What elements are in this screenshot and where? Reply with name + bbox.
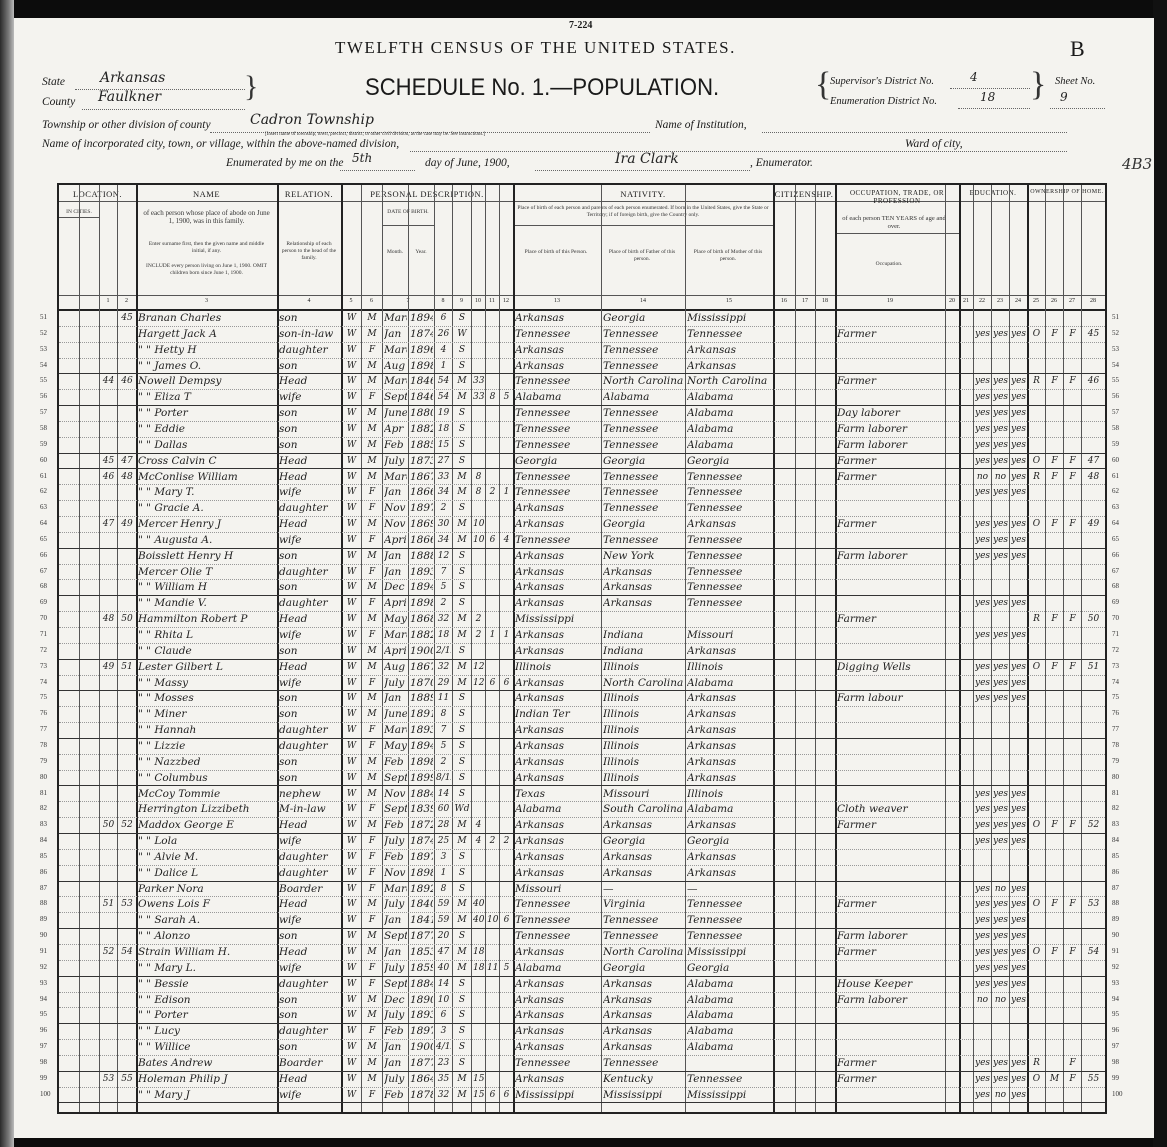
cell-living: 2 bbox=[501, 834, 512, 849]
cell-marital: S bbox=[454, 1024, 470, 1039]
cell-marital: S bbox=[454, 691, 470, 706]
sheet-line bbox=[1050, 108, 1105, 109]
brace-district-left: { bbox=[815, 70, 831, 100]
cell-month: June bbox=[384, 707, 407, 722]
cell-rel: Head bbox=[279, 374, 340, 389]
cell-month: Sept bbox=[384, 390, 407, 405]
cell-fam: 46 bbox=[119, 374, 135, 389]
cell-yrs: 15 bbox=[473, 1088, 484, 1103]
line-number: 68 bbox=[1112, 582, 1119, 590]
cell-eng: yes bbox=[1011, 897, 1026, 912]
cell-pobm: Alabama bbox=[687, 406, 772, 421]
line-number: 63 bbox=[40, 503, 47, 511]
cell-color: W bbox=[343, 343, 360, 358]
cell-sex: F bbox=[363, 913, 381, 928]
cell-own: O bbox=[1029, 327, 1044, 342]
cell-pobm: Arkansas bbox=[687, 691, 772, 706]
cell-rel: daughter bbox=[279, 977, 340, 992]
cell-name: Branan Charles bbox=[138, 311, 276, 326]
institution-line bbox=[762, 132, 1067, 133]
column-number: 24 bbox=[1009, 298, 1027, 304]
cell-name: " " Dallas bbox=[138, 438, 276, 453]
township-label: Township or other division of county bbox=[42, 119, 211, 131]
cell-rel: son-in-law bbox=[279, 327, 340, 342]
cell-pobm: Alabama bbox=[687, 438, 772, 453]
cell-dwell: 47 bbox=[101, 517, 116, 532]
cell-pobf: Indiana bbox=[603, 628, 684, 643]
cell-sched: 50 bbox=[1083, 612, 1104, 627]
table-row: Bates AndrewBoarderWMJan187723STennessee… bbox=[59, 1056, 1105, 1072]
cell-age: 18 bbox=[436, 422, 451, 437]
cell-eng: yes bbox=[1011, 327, 1026, 342]
cell-sex: M bbox=[363, 644, 381, 659]
column-number: 17 bbox=[795, 298, 815, 304]
cell-occ: Farmer bbox=[837, 612, 944, 627]
cell-month: Nov bbox=[384, 866, 407, 881]
pob-father-label: Place of birth of Father of this person. bbox=[603, 249, 681, 263]
line-number: 71 bbox=[40, 630, 47, 638]
cell-name: " " Lucy bbox=[138, 1024, 276, 1039]
line-number: 85 bbox=[40, 852, 47, 860]
cell-name: " " Porter bbox=[138, 1008, 276, 1023]
occupation-description: of each person TEN YEARS of age and over… bbox=[839, 215, 949, 231]
cell-pobm: Arkansas bbox=[687, 707, 772, 722]
cell-name: Parker Nora bbox=[138, 882, 276, 897]
column-number: 15 bbox=[685, 298, 773, 304]
cell-mother: 2 bbox=[487, 834, 498, 849]
cell-year: 1864 bbox=[410, 1072, 433, 1087]
cell-rel: daughter bbox=[279, 596, 340, 611]
line-number: 89 bbox=[40, 915, 47, 923]
line-number: 96 bbox=[40, 1026, 47, 1034]
cell-pob: Tennessee bbox=[515, 913, 600, 928]
cell-farm: F bbox=[1065, 897, 1080, 912]
cell-occ: Cloth weaver bbox=[837, 802, 944, 817]
cell-name: " " Mary J bbox=[138, 1088, 276, 1103]
cell-name: " " Alonzo bbox=[138, 929, 276, 944]
cell-write: yes bbox=[993, 977, 1008, 992]
cell-sex: F bbox=[363, 501, 381, 516]
cell-age: 32 bbox=[436, 1088, 451, 1103]
column-number: 13 bbox=[513, 298, 601, 304]
line-number: 94 bbox=[40, 995, 47, 1003]
column-number: 10 bbox=[471, 298, 485, 304]
cell-occ: Farmer bbox=[837, 1056, 944, 1071]
cell-year: 1868 bbox=[410, 612, 433, 627]
cell-year: 1885 bbox=[410, 438, 433, 453]
line-number: 93 bbox=[40, 979, 47, 987]
cell-pob: Arkansas bbox=[515, 834, 600, 849]
cell-yrs: 12 bbox=[473, 676, 484, 691]
column-number: 18 bbox=[815, 298, 835, 304]
cell-month: Jan bbox=[384, 1056, 407, 1071]
cell-rel: wife bbox=[279, 628, 340, 643]
column-number: 20 bbox=[945, 298, 959, 304]
cell-rel: Head bbox=[279, 470, 340, 485]
cell-marital: M bbox=[454, 834, 470, 849]
table-row: " " William HsonWMDec18945SArkansasArkan… bbox=[59, 580, 1105, 596]
cell-year: 1873 bbox=[410, 454, 433, 469]
cell-rel: son bbox=[279, 311, 340, 326]
cell-age: 34 bbox=[436, 533, 451, 548]
cell-fam: 50 bbox=[119, 612, 135, 627]
cell-sched: 53 bbox=[1083, 897, 1104, 912]
cell-year: 1891 bbox=[410, 707, 433, 722]
relation-description: Relationship of each person to the head … bbox=[281, 241, 337, 262]
cell-free: F bbox=[1047, 374, 1062, 389]
table-row: " " NazzbedsonWMFeb18982SArkansasIllinoi… bbox=[59, 755, 1105, 771]
cell-age: 14 bbox=[436, 977, 451, 992]
line-number: 87 bbox=[1112, 884, 1119, 892]
cell-age: 54 bbox=[436, 374, 451, 389]
table-row: " " Dalice LdaughterWFNov18981SArkansasA… bbox=[59, 866, 1105, 882]
cell-name: " " Bessie bbox=[138, 977, 276, 992]
column-number: 11 bbox=[485, 298, 499, 304]
cell-name: Cross Calvin C bbox=[138, 454, 276, 469]
cell-rel: wife bbox=[279, 913, 340, 928]
cell-read: yes bbox=[975, 374, 990, 389]
cell-pob: Arkansas bbox=[515, 311, 600, 326]
cell-dwell: 53 bbox=[101, 1072, 116, 1087]
table-row: " " Mandie V.daughterWFApril18982SArkans… bbox=[59, 596, 1105, 612]
cell-pobm: Tennessee bbox=[687, 897, 772, 912]
cell-year: 1853 bbox=[410, 945, 433, 960]
cell-eng: yes bbox=[1011, 818, 1026, 833]
cell-sex: F bbox=[363, 802, 381, 817]
cell-marital: S bbox=[454, 343, 470, 358]
line-number: 63 bbox=[1112, 503, 1119, 511]
cell-dwell: 52 bbox=[101, 945, 116, 960]
cell-age: 40 bbox=[436, 961, 451, 976]
cell-pobf: Arkansas bbox=[603, 565, 684, 580]
cell-color: W bbox=[343, 470, 360, 485]
cell-color: W bbox=[343, 422, 360, 437]
cell-age: 32 bbox=[436, 660, 451, 675]
cell-free: F bbox=[1047, 612, 1062, 627]
cell-age: 30 bbox=[436, 517, 451, 532]
cell-color: W bbox=[343, 1072, 360, 1087]
occupation-label: Occupation. bbox=[839, 261, 939, 268]
cell-own: O bbox=[1029, 454, 1044, 469]
cell-read: yes bbox=[975, 628, 990, 643]
line-number: 58 bbox=[1112, 424, 1119, 432]
cell-sex: M bbox=[363, 612, 381, 627]
cell-name: " " William H bbox=[138, 580, 276, 595]
cell-pobf: Illinois bbox=[603, 755, 684, 770]
cell-marital: S bbox=[454, 739, 470, 754]
cell-age: 29 bbox=[436, 676, 451, 691]
cell-pobf: Illinois bbox=[603, 660, 684, 675]
cell-marital: S bbox=[454, 596, 470, 611]
cell-write: no bbox=[993, 882, 1008, 897]
cell-pob: Georgia bbox=[515, 454, 600, 469]
cell-name: " " Rhita L bbox=[138, 628, 276, 643]
cell-eng: yes bbox=[1011, 628, 1026, 643]
cell-rel: wife bbox=[279, 1088, 340, 1103]
sheet-label: Sheet No. bbox=[1055, 76, 1095, 87]
table-row: 4951Lester Gilbert LHeadWMAug186732M12Il… bbox=[59, 660, 1105, 676]
cell-rel: daughter bbox=[279, 343, 340, 358]
cell-pobm: Tennessee bbox=[687, 565, 772, 580]
cell-sex: F bbox=[363, 1088, 381, 1103]
cell-age: 28 bbox=[436, 818, 451, 833]
cell-month: Sept bbox=[384, 977, 407, 992]
cell-pobm: Arkansas bbox=[687, 723, 772, 738]
cell-month: Jan bbox=[384, 691, 407, 706]
line-number: 69 bbox=[40, 598, 47, 606]
cell-rel: Head bbox=[279, 517, 340, 532]
cell-year: 1866 bbox=[410, 533, 433, 548]
cell-dwell: 50 bbox=[101, 818, 116, 833]
cell-living: 1 bbox=[501, 485, 512, 500]
column-number: 14 bbox=[601, 298, 685, 304]
cell-pobm: Georgia bbox=[687, 454, 772, 469]
line-number: 97 bbox=[1112, 1042, 1119, 1050]
cell-age: 5 bbox=[436, 739, 451, 754]
cell-marital: S bbox=[454, 707, 470, 722]
cell-name: " " Eddie bbox=[138, 422, 276, 437]
enumerated-suffix: day of June, 1900, bbox=[425, 157, 510, 169]
column-number: 28 bbox=[1081, 298, 1105, 304]
cell-sex: F bbox=[363, 343, 381, 358]
cell-eng: yes bbox=[1011, 691, 1026, 706]
cell-pob: Tennessee bbox=[515, 485, 600, 500]
cell-year: 1884 bbox=[410, 787, 433, 802]
cell-year: 1892 bbox=[410, 882, 433, 897]
cell-write: yes bbox=[993, 628, 1008, 643]
cell-month: July bbox=[384, 676, 407, 691]
cell-year: 1866 bbox=[410, 485, 433, 500]
county-value: Faulkner bbox=[98, 89, 161, 105]
group-name: NAME bbox=[136, 189, 277, 199]
cell-name: Boisslett Henry H bbox=[138, 549, 276, 564]
cell-farm: F bbox=[1065, 818, 1080, 833]
cell-pobm: Alabama bbox=[687, 802, 772, 817]
cell-name: Bates Andrew bbox=[138, 1056, 276, 1071]
cell-pobf: Georgia bbox=[603, 517, 684, 532]
line-number: 90 bbox=[40, 931, 47, 939]
column-number: 25 bbox=[1027, 298, 1045, 304]
cell-write: yes bbox=[993, 1056, 1008, 1071]
cell-sex: F bbox=[363, 533, 381, 548]
cell-pob: Arkansas bbox=[515, 771, 600, 786]
line-number: 54 bbox=[1112, 361, 1119, 369]
table-row: " " James O.sonWMAug18981SArkansasTennes… bbox=[59, 359, 1105, 375]
cell-age: 33 bbox=[436, 470, 451, 485]
cell-marital: M bbox=[454, 533, 470, 548]
day-line bbox=[340, 170, 415, 171]
cell-name: Strain William H. bbox=[138, 945, 276, 960]
cell-color: W bbox=[343, 802, 360, 817]
cell-farm: F bbox=[1065, 1072, 1080, 1087]
cell-pobf: Tennessee bbox=[603, 343, 684, 358]
cell-marital: S bbox=[454, 1056, 470, 1071]
cell-month: Jan bbox=[384, 485, 407, 500]
cell-read: yes bbox=[975, 913, 990, 928]
city-label: Name of incorporated city, town, or vill… bbox=[42, 138, 399, 150]
cell-month: Dec bbox=[384, 580, 407, 595]
cell-pob: Arkansas bbox=[515, 580, 600, 595]
column-number: 4 bbox=[277, 298, 341, 304]
cell-write: yes bbox=[993, 945, 1008, 960]
cell-pobm: Alabama bbox=[687, 1008, 772, 1023]
cell-year: 1898 bbox=[410, 866, 433, 881]
cell-age: 27 bbox=[436, 454, 451, 469]
cell-write: yes bbox=[993, 327, 1008, 342]
column-number: 5 bbox=[341, 298, 361, 304]
cell-name: " " Gracie A. bbox=[138, 501, 276, 516]
cell-name: " " Porter bbox=[138, 406, 276, 421]
line-number: 77 bbox=[40, 725, 47, 733]
cell-pob: Arkansas bbox=[515, 517, 600, 532]
cell-marital: S bbox=[454, 866, 470, 881]
pob-person-label: Place of birth of this Person. bbox=[517, 249, 595, 256]
cell-sex: M bbox=[363, 454, 381, 469]
enumeration-line bbox=[958, 108, 1030, 109]
cell-age: 19 bbox=[436, 406, 451, 421]
cell-free: F bbox=[1047, 517, 1062, 532]
cell-mother: 8 bbox=[487, 390, 498, 405]
cell-rel: Head bbox=[279, 897, 340, 912]
cell-rel: son bbox=[279, 771, 340, 786]
cell-eng: yes bbox=[1011, 676, 1026, 691]
line-number: 60 bbox=[1112, 456, 1119, 464]
cell-year: 1882 bbox=[410, 628, 433, 643]
cell-color: W bbox=[343, 993, 360, 1008]
cell-sex: M bbox=[363, 755, 381, 770]
line-number: 64 bbox=[1112, 519, 1119, 527]
cell-color: W bbox=[343, 961, 360, 976]
cell-read: yes bbox=[975, 818, 990, 833]
cell-name: McCoy Tommie bbox=[138, 787, 276, 802]
enumerated-day: 5th bbox=[352, 151, 372, 165]
cell-month: July bbox=[384, 1072, 407, 1087]
cell-pobm: Tennessee bbox=[687, 549, 772, 564]
cell-month: Dec bbox=[384, 993, 407, 1008]
cell-year: 1884 bbox=[410, 977, 433, 992]
cell-eng: yes bbox=[1011, 834, 1026, 849]
line-number: 65 bbox=[40, 535, 47, 543]
cell-occ: Day laborer bbox=[837, 406, 944, 421]
cell-pobm: Mississippi bbox=[687, 311, 772, 326]
cell-own: O bbox=[1029, 517, 1044, 532]
line-number: 95 bbox=[40, 1010, 47, 1018]
cell-name: " " Hetty H bbox=[138, 343, 276, 358]
cell-occ: Farmer bbox=[837, 897, 944, 912]
cell-month: Sept bbox=[384, 802, 407, 817]
line-number: 60 bbox=[40, 456, 47, 464]
nativity-description: Place of birth of each person and parent… bbox=[517, 205, 769, 219]
city-line bbox=[410, 151, 985, 152]
cell-yrs: 2 bbox=[473, 628, 484, 643]
cell-year: 1846 bbox=[410, 390, 433, 405]
cell-age: 11 bbox=[436, 691, 451, 706]
line-number: 83 bbox=[1112, 820, 1119, 828]
cell-sex: M bbox=[363, 771, 381, 786]
line-number: 73 bbox=[1112, 662, 1119, 670]
cell-pobf: Tennessee bbox=[603, 406, 684, 421]
ward-line bbox=[970, 151, 1067, 152]
cell-pob: Arkansas bbox=[515, 628, 600, 643]
state-value: Arkansas bbox=[100, 70, 165, 86]
cell-pobf: — bbox=[603, 882, 684, 897]
cell-year: 1840 bbox=[410, 897, 433, 912]
cell-color: W bbox=[343, 913, 360, 928]
cell-marital: S bbox=[454, 644, 470, 659]
cell-rel: son bbox=[279, 1040, 340, 1055]
enumerated-prefix: Enumerated by me on the bbox=[226, 157, 344, 169]
line-number: 79 bbox=[1112, 757, 1119, 765]
cell-eng: yes bbox=[1011, 485, 1026, 500]
cell-write: yes bbox=[993, 929, 1008, 944]
cell-rel: Head bbox=[279, 612, 340, 627]
line-number: 70 bbox=[1112, 614, 1119, 622]
cell-age: 10 bbox=[436, 993, 451, 1008]
cell-sex: F bbox=[363, 596, 381, 611]
cell-rel: M-in-law bbox=[279, 802, 340, 817]
cell-occ: House Keeper bbox=[837, 977, 944, 992]
cell-color: W bbox=[343, 1056, 360, 1071]
cell-year: 1869 bbox=[410, 517, 433, 532]
cell-name: " " Massy bbox=[138, 676, 276, 691]
line-number: 93 bbox=[1112, 979, 1119, 987]
table-row: Herrington LizzibethM-in-lawWFSept183960… bbox=[59, 802, 1105, 818]
cell-color: W bbox=[343, 834, 360, 849]
cell-sex: M bbox=[363, 406, 381, 421]
cell-rel: son bbox=[279, 580, 340, 595]
cell-farm: F bbox=[1065, 454, 1080, 469]
cell-sex: M bbox=[363, 660, 381, 675]
line-number: 55 bbox=[1112, 376, 1119, 384]
cell-year: 1893 bbox=[410, 723, 433, 738]
line-number: 100 bbox=[1112, 1090, 1123, 1098]
line-number: 73 bbox=[40, 662, 47, 670]
cell-write: yes bbox=[993, 691, 1008, 706]
line-number: 91 bbox=[40, 947, 47, 955]
line-number: 90 bbox=[1112, 931, 1119, 939]
line-number: 83 bbox=[40, 820, 47, 828]
cell-sex: M bbox=[363, 787, 381, 802]
cell-living: 6 bbox=[501, 676, 512, 691]
cell-year: 1899 bbox=[410, 771, 433, 786]
cell-year: 1894 bbox=[410, 311, 433, 326]
cell-color: W bbox=[343, 438, 360, 453]
cell-pob: Arkansas bbox=[515, 1008, 600, 1023]
cell-sex: F bbox=[363, 977, 381, 992]
column-number: 12 bbox=[499, 298, 513, 304]
cell-pob: Alabama bbox=[515, 802, 600, 817]
cell-year: 1839 bbox=[410, 802, 433, 817]
line-number: 79 bbox=[40, 757, 47, 765]
cell-color: W bbox=[343, 517, 360, 532]
line-number: 54 bbox=[40, 361, 47, 369]
cell-write: no bbox=[993, 470, 1008, 485]
column-number: 19 bbox=[835, 298, 945, 304]
name-include: INCLUDE every person living on June 1, 1… bbox=[143, 263, 270, 277]
cell-month: Jan bbox=[384, 327, 407, 342]
cell-marital: M bbox=[454, 1072, 470, 1087]
cell-farm: F bbox=[1065, 945, 1080, 960]
cell-month: Nov bbox=[384, 501, 407, 516]
line-number: 77 bbox=[1112, 725, 1119, 733]
table-row: " " EdisonsonWMDec189010SArkansasArkansa… bbox=[59, 993, 1105, 1009]
cell-living: 6 bbox=[501, 1088, 512, 1103]
line-number: 74 bbox=[40, 678, 47, 686]
cell-pob: Arkansas bbox=[515, 993, 600, 1008]
line-number: 85 bbox=[1112, 852, 1119, 860]
cell-read: yes bbox=[975, 438, 990, 453]
cell-pobf: Tennessee bbox=[603, 1056, 684, 1071]
